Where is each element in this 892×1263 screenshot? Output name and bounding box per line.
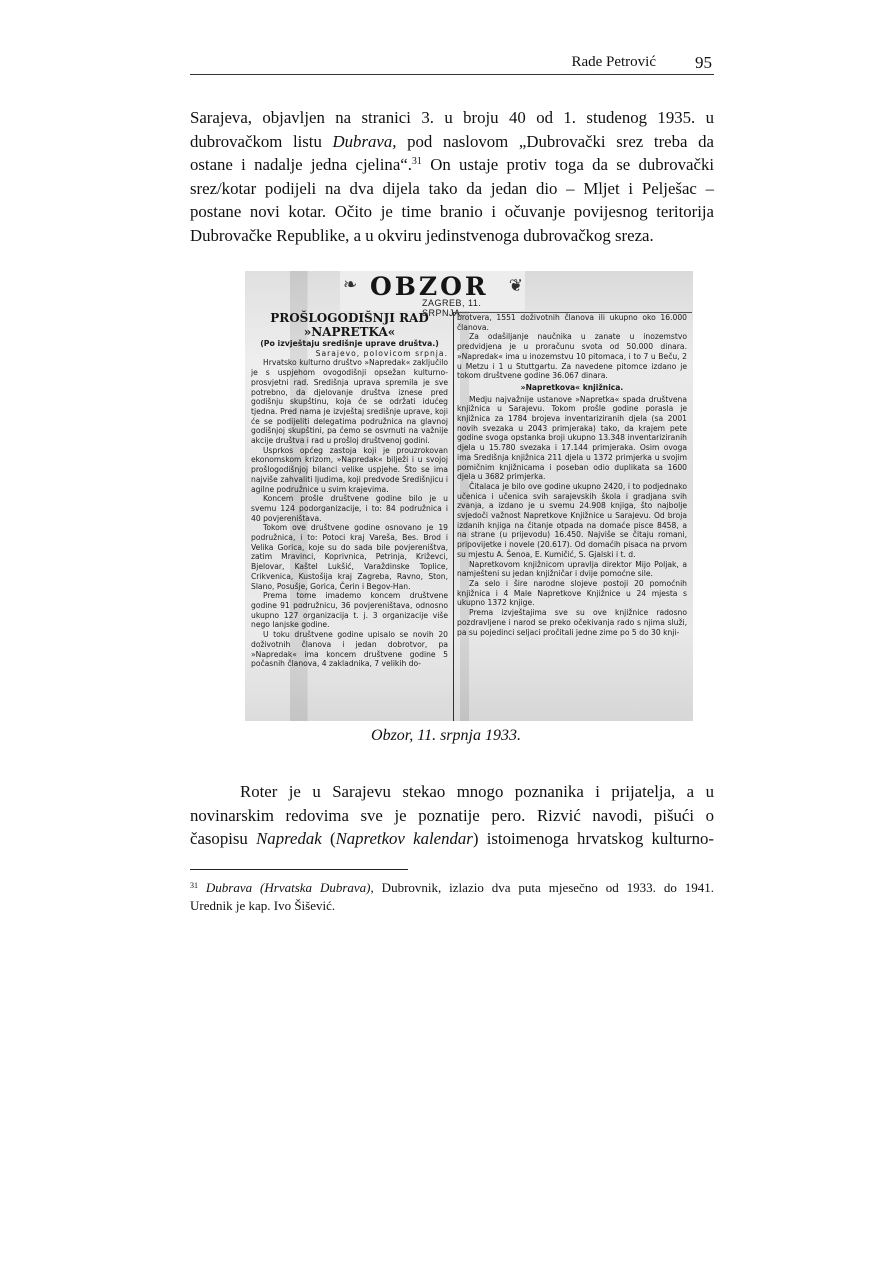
article-paragraph: Medju najvažnije ustanove »Napretka« spa… bbox=[457, 395, 687, 482]
header-author: Rade Petrović bbox=[571, 54, 656, 71]
section-heading: »Napretkova« knjižnica. bbox=[457, 383, 687, 393]
text-line: ostane i nadalje jedna cjelina“.31 On us… bbox=[190, 153, 714, 177]
text-run: Roter je u Sarajevu stekao mnogo poznani… bbox=[240, 782, 714, 801]
text-line: Sarajeva, objavljen na stranici 3. u bro… bbox=[190, 106, 714, 130]
article-left-column: PROŠLOGODIŠNJI RAD »NAPRETKA« (Po izvješ… bbox=[251, 311, 448, 669]
article-right-column: brotvera, 1551 doživotnih članova ili uk… bbox=[457, 313, 687, 637]
article-dateline: Sarajevo, polovicom srpnja. bbox=[251, 349, 448, 359]
text-run: pod naslovom „Dubrovački srez treba da bbox=[396, 132, 714, 151]
text-run: časopisu bbox=[190, 829, 256, 848]
ornament-icon: ❧ bbox=[343, 275, 357, 295]
footnote-reference[interactable]: 31 bbox=[412, 156, 422, 167]
newspaper-title: OBZOR bbox=[370, 272, 489, 301]
text-run: ostane i nadalje jedna cjelina“. bbox=[190, 155, 412, 174]
text-line: Roter je u Sarajevu stekao mnogo poznani… bbox=[190, 780, 714, 804]
text-line: srez/kotar podijeli na dva dijela tako d… bbox=[190, 177, 714, 201]
article-paragraph: Za selo i šire narodne slojeve postoji 2… bbox=[457, 579, 687, 608]
article-paragraph: Tokom ove društvene godine osnovano je 1… bbox=[251, 523, 448, 591]
article-paragraph: Usprkos općeg zastoja koji je prouzrokov… bbox=[251, 446, 448, 495]
text-run: ( bbox=[322, 829, 336, 848]
text-line: dubrovačkom listu Dubrava, pod naslovom … bbox=[190, 130, 714, 154]
text-run: Dubrovnik, izlazio dva puta mjesečno od … bbox=[374, 880, 714, 895]
article-paragraph: Čitalaca je bilo ove godine ukupno 2420,… bbox=[457, 482, 687, 560]
publication-title: Dubrava, bbox=[333, 132, 397, 151]
text-run: ) istoimenoga hrvatskog kulturno- bbox=[473, 829, 714, 848]
text-run: dubrovačkom listu bbox=[190, 132, 333, 151]
article-headline: PROŠLOGODIŠNJI RAD bbox=[251, 311, 448, 325]
ornament-icon: ❦ bbox=[509, 276, 523, 296]
article-paragraph: Koncem prošle društvene godine bilo je u… bbox=[251, 494, 448, 523]
running-header: Rade Petrović 95 bbox=[190, 52, 714, 75]
text-line: Dubrovačke Republike, a u okviru jedinst… bbox=[190, 224, 714, 248]
article-paragraph: Prema tome imademo koncem društvene godi… bbox=[251, 591, 448, 630]
article-paragraph: Hrvatsko kulturno društvo »Napredak« zak… bbox=[251, 358, 448, 445]
article-paragraph: brotvera, 1551 doživotnih članova ili uk… bbox=[457, 313, 687, 332]
article-paragraph: Napretkovom knjižnicom upravlja direktor… bbox=[457, 560, 687, 579]
text-line: 31 Dubrava (Hrvatska Dubrava), Dubrovnik… bbox=[190, 879, 714, 897]
footnote-number: 31 bbox=[190, 881, 198, 890]
article-paragraph: Za odašiljanje naučnika u zanate u inoze… bbox=[457, 332, 687, 381]
article-subhead: (Po izvještaju središnje uprave društva.… bbox=[251, 339, 448, 349]
article-paragraph: U toku društvene godine upisalo se novih… bbox=[251, 630, 448, 669]
footnote-31: 31 Dubrava (Hrvatska Dubrava), Dubrovnik… bbox=[190, 879, 714, 914]
newspaper-masthead: ❧ OBZOR ❦ ZAGREB, 11. SRPNJA. bbox=[340, 271, 525, 311]
publication-title: Napretkov kalendar bbox=[336, 829, 473, 848]
publication-title: Napredak bbox=[256, 829, 322, 848]
text-line: novinarskim redovima sve je poznatije pe… bbox=[190, 804, 714, 828]
text-run: On ustaje protiv toga da se dubrovački bbox=[422, 155, 714, 174]
figure-caption: Obzor, 11. srpnja 1933. bbox=[0, 727, 892, 745]
article-headline: »NAPRETKA« bbox=[251, 325, 448, 339]
footnote-separator bbox=[190, 869, 408, 870]
publication-title: Dubrava (Hrvatska Dubrava), bbox=[206, 880, 374, 895]
paragraph-2: Roter je u Sarajevu stekao mnogo poznani… bbox=[190, 780, 714, 851]
text-line: Urednik je kap. Ivo Šišević. bbox=[190, 897, 714, 915]
paragraph-1: Sarajeva, objavljen na stranici 3. u bro… bbox=[190, 106, 714, 247]
page-number: 95 bbox=[695, 53, 712, 73]
text-line: časopisu Napredak (Napretkov kalendar) i… bbox=[190, 827, 714, 851]
article-paragraph: Prema izvještajima sve su ove knjižnice … bbox=[457, 608, 687, 637]
newspaper-clipping-image: ❧ OBZOR ❦ ZAGREB, 11. SRPNJA. PROŠLOGODI… bbox=[245, 271, 693, 721]
text-line: postane novi kotar. Očito je time branio… bbox=[190, 200, 714, 224]
